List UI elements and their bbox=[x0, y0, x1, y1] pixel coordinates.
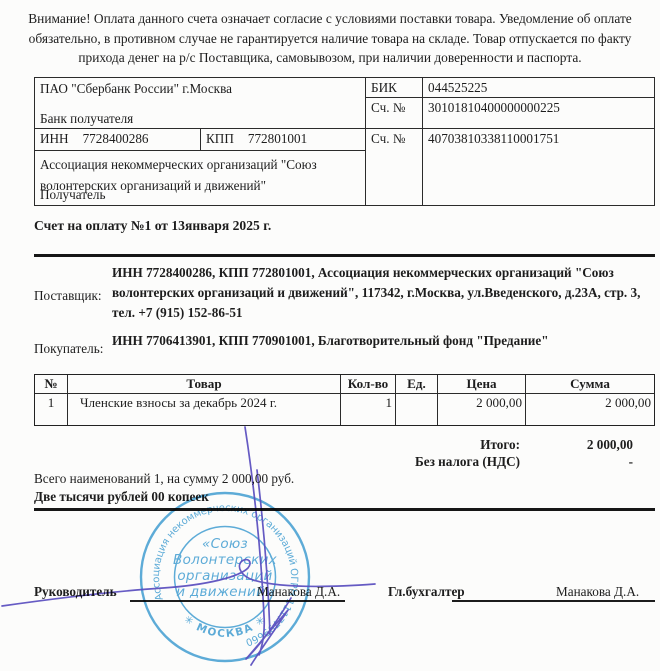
separator-line-bottom bbox=[34, 508, 655, 511]
kpp-cell: КПП772801001 bbox=[201, 129, 366, 151]
recipient-caption: Получатель bbox=[40, 187, 105, 203]
kpp-value: 772801001 bbox=[248, 131, 307, 146]
bank-name-cell: ПАО "Сбербанк России" г.Москва Банк полу… bbox=[35, 78, 366, 129]
total-label: Итого: bbox=[34, 437, 520, 453]
items-table: № Товар Кол-во Ед. Цена Сумма 1 Членские… bbox=[34, 374, 655, 426]
stamp-city-text: ✳ МОСКВА ✳ bbox=[181, 613, 268, 640]
supplier-label: Поставщик: bbox=[34, 288, 102, 304]
item-sum: 2 000,00 bbox=[526, 394, 654, 425]
stamp-outer-circle bbox=[141, 493, 309, 661]
item-unit bbox=[396, 394, 438, 425]
warning-line: Внимание! Оплата данного счета означает … bbox=[20, 9, 640, 29]
account-label: Сч. № bbox=[366, 129, 423, 205]
bank-requisites-table: ПАО "Сбербанк России" г.Москва Банк полу… bbox=[34, 77, 655, 206]
vat-label: Без налога (НДС) bbox=[34, 454, 520, 470]
signature-stroke-arrow bbox=[246, 598, 291, 665]
signature-stroke-vertical-2 bbox=[257, 470, 270, 634]
item-name: Членские взносы за декабрь 2024 г. bbox=[68, 394, 341, 425]
invoice-document: Внимание! Оплата данного счета означает … bbox=[0, 0, 660, 671]
item-qty: 1 bbox=[341, 394, 396, 425]
col-header-unit: Ед. bbox=[396, 375, 438, 394]
separator-line-top bbox=[34, 254, 655, 257]
kpp-label: КПП bbox=[206, 131, 234, 146]
svg-text:Волонтерских: Волонтерских bbox=[173, 552, 278, 568]
items-count-line: Всего наименований 1, на сумму 2 000,00 … bbox=[34, 471, 294, 487]
col-header-num: № bbox=[35, 375, 68, 394]
item-num: 1 bbox=[35, 394, 68, 425]
col-header-qty: Кол-во bbox=[341, 375, 396, 394]
vat-value: - bbox=[520, 454, 633, 470]
total-value: 2 000,00 bbox=[520, 437, 633, 453]
buyer-details: ИНН 7706413901, КПП 770901001, Благотвор… bbox=[112, 331, 652, 351]
payment-warning: Внимание! Оплата данного счета означает … bbox=[20, 9, 640, 68]
director-label: Руководитель bbox=[34, 584, 117, 600]
accountant-signature-line bbox=[452, 600, 655, 602]
bik-label: БИК bbox=[366, 78, 423, 98]
stamp-inner-circle bbox=[175, 527, 276, 628]
supplier-details: ИНН 7728400286, КПП 772801001, Ассоциаци… bbox=[112, 263, 652, 323]
accountant-label: Гл.бухгалтер bbox=[388, 584, 465, 600]
director-signature-line bbox=[130, 600, 345, 602]
bik-value: 044525225 bbox=[423, 78, 654, 98]
item-price: 2 000,00 bbox=[438, 394, 526, 425]
warning-line: прихода денег на р/с Поставщика, самовыв… bbox=[20, 48, 640, 68]
bank-caption: Банк получателя bbox=[40, 110, 133, 127]
svg-text:организаций: организаций bbox=[177, 568, 272, 584]
corr-account-value: 30101810400000000225 bbox=[423, 98, 654, 129]
inn-value: 7728400286 bbox=[83, 131, 149, 146]
inn-cell: ИНН7728400286 bbox=[35, 129, 201, 151]
recipient-name-line: Ассоциация некоммерческих организаций "С… bbox=[40, 154, 360, 175]
warning-line: обязательно, в противном случае не гаран… bbox=[20, 29, 640, 49]
director-name: Манакова Д.А. bbox=[257, 584, 340, 600]
accountant-name: Манакова Д.А. bbox=[556, 584, 639, 600]
buyer-label: Покупатель: bbox=[34, 341, 103, 357]
corr-account-label: Сч. № bbox=[366, 98, 423, 129]
account-value: 40703810338110001751 bbox=[423, 129, 654, 205]
svg-text:«Союз: «Союз bbox=[202, 536, 248, 552]
col-header-price: Цена bbox=[438, 375, 526, 394]
inn-label: ИНН bbox=[40, 131, 69, 146]
bank-name: ПАО "Сбербанк России" г.Москва bbox=[40, 80, 360, 97]
invoice-title: Счет на оплату №1 от 13января 2025 г. bbox=[34, 218, 271, 234]
col-header-sum: Сумма bbox=[526, 375, 654, 394]
col-header-product: Товар bbox=[68, 375, 341, 394]
amount-in-words: Две тысячи рублей 00 копеек bbox=[34, 489, 209, 505]
recipient-cell: Ассоциация некоммерческих организаций "С… bbox=[35, 151, 366, 205]
